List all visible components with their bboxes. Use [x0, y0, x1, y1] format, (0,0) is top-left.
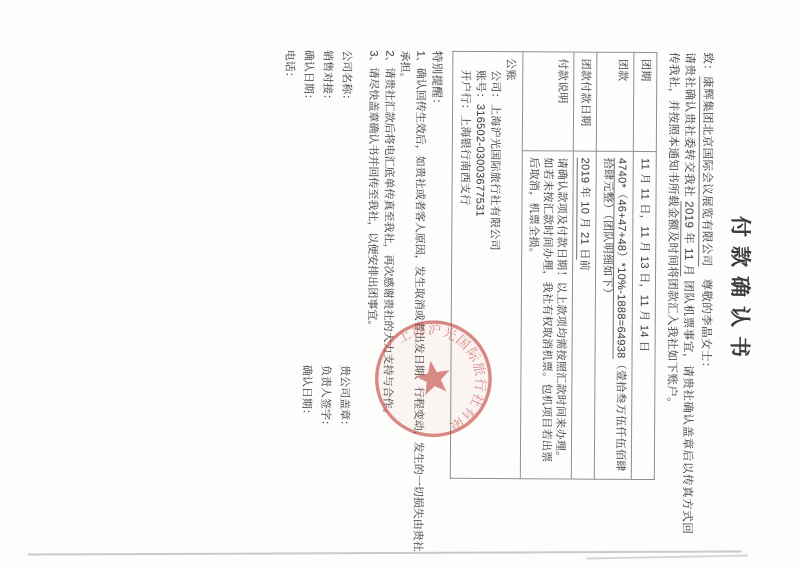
footer-right-column: 贵公司盖章： 负责人签字： 确认日期： — [277, 364, 353, 430]
table-row-note: 付款说明 请确认款项及付款日期！以上款项均需按照汇款时间来办理。如若未按汇款时间… — [520, 51, 574, 478]
account-bank: 上海银行南西支行 — [458, 115, 471, 205]
intro-date: 2019 年 11 月 — [680, 201, 694, 277]
account-bank-line: 开户行：上海银行南西支行 — [456, 69, 472, 471]
account-number-line: 账号：316502-03003677531 — [471, 69, 487, 471]
reminder-item-1: 1、确认回传生效后，如贵社或者客人原因，发生取消或者出发日期、行程变动，发生的一… — [393, 50, 427, 555]
row-pay-date-label: 团款付款日期 — [573, 52, 597, 151]
pay-date-suffix: 前 — [578, 259, 590, 270]
row-account-cell: 公账 公司：上海沪光国际旅行社有限公司 账号：316502-0300367753… — [450, 51, 523, 478]
row-pay-date-value: 2019 年 10 月 21 日前 — [571, 151, 596, 479]
row-dates-label: 团期 — [633, 52, 657, 151]
footer-confirm-date2-label: 确认日期： — [296, 364, 315, 430]
account-number-label: 账号： — [474, 69, 486, 103]
intro-text-before: 请贵社确认贵社委转交我社 — [683, 52, 696, 201]
salutation-line: 致：康辉集团北京国际会议展览有限公司 尊敬的李晶女士： — [697, 52, 716, 529]
footer-left-column: 公司名称： 销售对接： 确认日期： 电话： — [278, 49, 356, 304]
pay-date: 2019 年 10 月 21 日 — [576, 157, 591, 259]
row-note-label: 付款说明 — [522, 51, 574, 150]
footer-company-name-label: 公司名称： — [335, 50, 356, 305]
reminders-title: 特别提醒： — [426, 50, 445, 527]
table-row-pay-date: 团款付款日期 2019 年 10 月 21 日前 — [571, 52, 597, 479]
footer-phone-label: 电话： — [278, 49, 299, 304]
addressee-company: 康辉集团北京国际会议展览有限公司 — [698, 76, 713, 266]
footer-signature-label: 负责人签字： — [315, 364, 334, 430]
salutation-greeting: 尊敬的李晶女士： — [699, 266, 712, 373]
document-page: 付款确认书 致：康辉集团北京国际会议展览有限公司 尊敬的李晶女士： 请贵社确认贵… — [0, 0, 800, 565]
reminder-item-2: 2、请贵社汇款后将电汇底单传真至我社，再次感谢贵社的大力支持与合作。 — [378, 50, 397, 555]
row-note-value: 请确认款项及付款日期！以上款项均需按照汇款时间来办理。如若未按汇款时间办理，我社… — [520, 150, 573, 478]
account-bank-label: 开户行： — [459, 69, 471, 114]
payment-table: 团期 11 月 11 日，11 月 13 日，11 月 14 日 团款 4740… — [450, 50, 658, 479]
page-title: 付款确认书 — [725, 52, 758, 529]
table-row-amount: 团款 4740*（46+47+48）*10%-1888=64938（壹拾叁万伍仟… — [594, 52, 634, 479]
reminder-item-3: 3、请尽快盖章确认书并回传至我社，以便安排出团事宜。 — [362, 50, 381, 555]
amount-formula: 4740*（46+47+48）*10%-1888=64938 — [613, 157, 628, 358]
footer-confirm-date-label: 确认日期： — [297, 49, 318, 304]
row-amount-value: 4740*（46+47+48）*10%-1888=64938（壹拾叁万伍仟伍佰肆… — [594, 151, 633, 479]
signature-footer: 公司名称： 销售对接： 确认日期： 电话： 贵公司盖章： 负责人签字： 确认日期… — [276, 49, 355, 554]
intro-paragraph: 请贵社确认贵社委转交我社 2019 年 11 月 团队机票事宜，请贵社确认盖章后… — [662, 52, 697, 534]
account-company: 上海沪光国际旅行社有限公司 — [488, 103, 501, 250]
account-number: 316502-03003677531 — [473, 103, 486, 216]
salutation-prefix: 致： — [701, 52, 713, 76]
account-company-line: 公司：上海沪光国际旅行社有限公司 — [486, 70, 502, 472]
row-dates-value: 11 月 11 日，11 月 13 日，11 月 14 日 — [631, 151, 656, 479]
account-header: 公账 — [501, 58, 518, 472]
footer-company-seal-label: 贵公司盖章： — [334, 365, 353, 431]
scanned-document-canvas: 付款确认书 致：康辉集团北京国际会议展览有限公司 尊敬的李晶女士： 请贵社确认贵… — [0, 0, 800, 565]
table-row-dates: 团期 11 月 11 日，11 月 13 日，11 月 14 日 — [631, 52, 657, 479]
footer-sales-contact-label: 销售对接： — [316, 49, 337, 304]
document-content: 付款确认书 致：康辉集团北京国际会议展览有限公司 尊敬的李晶女士： 请贵社确认贵… — [276, 0, 800, 565]
row-amount-label: 团款 — [596, 52, 634, 151]
table-row-account: 公账 公司：上海沪光国际旅行社有限公司 账号：316502-0300367753… — [450, 51, 523, 478]
account-company-label: 公司： — [489, 70, 501, 104]
